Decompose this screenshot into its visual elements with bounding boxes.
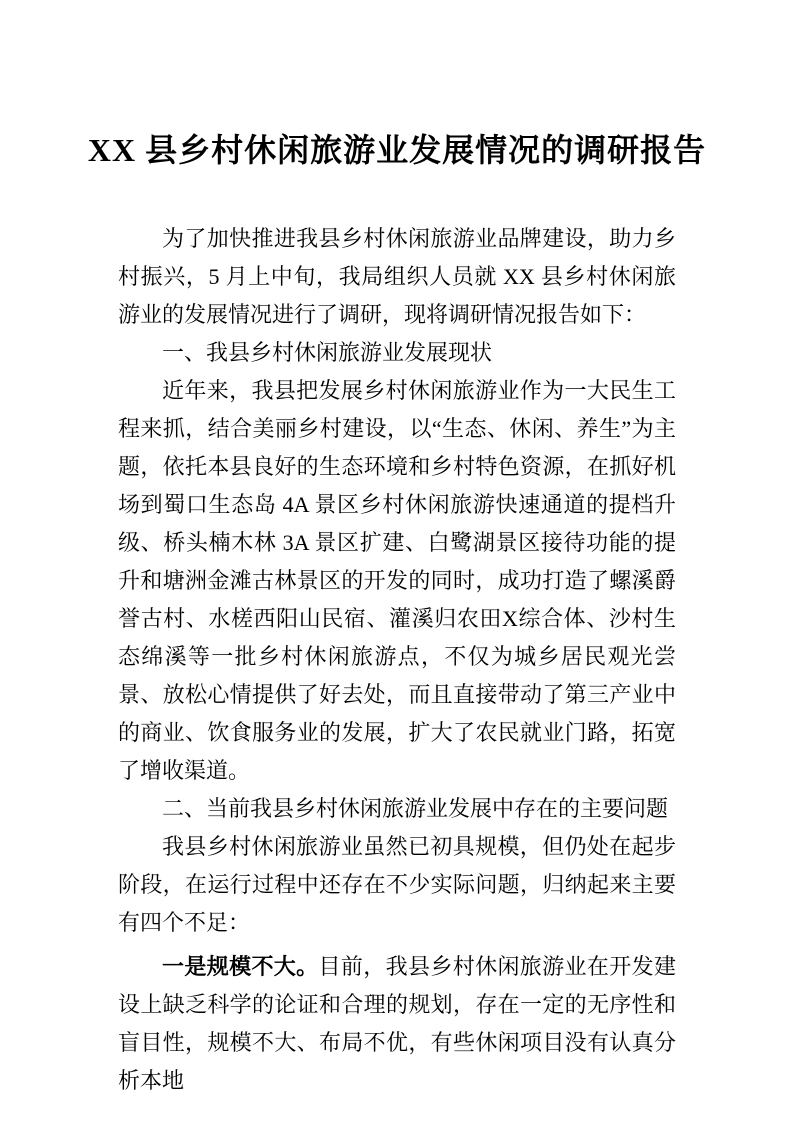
- document-title: XX 县乡村休闲旅游业发展情况的调研报告: [0, 0, 794, 172]
- document-body: 为了加快推进我县乡村休闲旅游业品牌建设，助力乡村振兴，5 月上中旬，我局组织人员…: [118, 220, 676, 1100]
- paragraph-problem-one: 一是规模不大。目前，我县乡村休闲旅游业在开发建设上缺乏科学的论证和合理的规划，存…: [118, 948, 676, 1100]
- section-heading-1: 一、我县乡村休闲旅游业发展现状: [118, 334, 676, 372]
- document-title-text: XX 县乡村休闲旅游业发展情况的调研报告: [88, 132, 706, 168]
- section-heading-2: 二、当前我县乡村休闲旅游业发展中存在的主要问题: [118, 790, 676, 828]
- paragraph-problem-one-lead: 一是规模不大。: [162, 954, 319, 979]
- paragraph-problems-intro: 我县乡村休闲旅游业虽然已初具规模，但仍处在起步阶段，在运行过程中还存在不少实际问…: [118, 828, 676, 942]
- document-page: XX 县乡村休闲旅游业发展情况的调研报告 为了加快推进我县乡村休闲旅游业品牌建设…: [0, 0, 794, 1122]
- paragraph-intro: 为了加快推进我县乡村休闲旅游业品牌建设，助力乡村振兴，5 月上中旬，我局组织人员…: [118, 220, 676, 334]
- paragraph-current-status: 近年来，我县把发展乡村休闲旅游业作为一大民生工程来抓，结合美丽乡村建设，以“生态…: [118, 372, 676, 790]
